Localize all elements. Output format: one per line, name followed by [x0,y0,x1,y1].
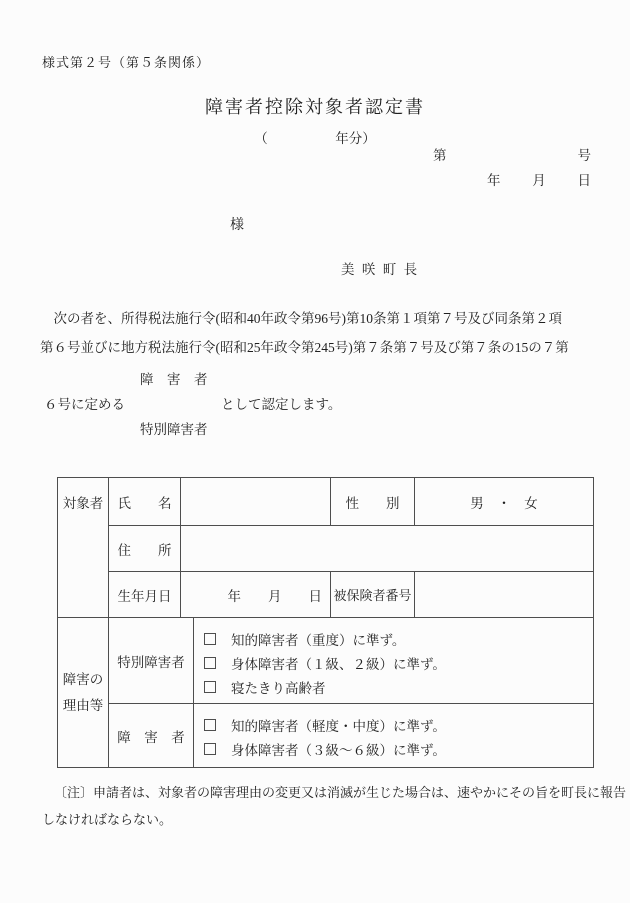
doc-number-suffix: 号 [578,144,592,164]
footnote-line1: 〔注〕申請者は、対象者の障害理由の変更又は消滅が生じた場合は、速やかにその旨を町… [42,779,602,806]
checkbox-icon[interactable] [204,657,216,669]
birth-value-cell[interactable]: 年 月 日 [181,572,331,618]
doc-number-prefix: 第 [433,144,447,164]
checklist-item: 寝たきり高齢者 [204,675,593,699]
disability-reason-table: 障害の 理由等 特別障害者 知的障害者（重度）に準ず。 身体障害者（１級、２級）… [57,617,594,768]
checklist-item-label: 知的障害者（重度）に準ず。 [231,629,405,649]
main-table: 対象者 氏 名 性 別 男 ・ 女 住 所 生年月日 年 月 日 被保険者番号 [57,477,593,768]
certify-option-special: 特別障害者 [140,418,208,438]
mayor-signature: 美 咲 町 長 [341,258,419,278]
reason-group-label: 障害の 理由等 [58,618,109,768]
reason-group-label-line2: 理由等 [58,693,108,719]
checklist-item: 身体障害者（３級～６級）に準ず。 [204,737,593,761]
table-row: 住 所 [58,526,594,572]
certify-option-disabled: 障 害 者 [140,368,208,388]
footnote-line2: しなければならない。 [42,806,602,833]
date-month-label: 月 [532,169,546,189]
certify-prefix: ６号に定める [44,393,125,413]
checkbox-icon[interactable] [204,743,216,755]
gender-label: 性 別 [331,478,415,526]
date-year-label: 年 [487,169,501,189]
addressee-honorific: 様 [230,214,244,234]
form-number: 様式第２号（第５条関係） [42,52,210,71]
checkbox-icon[interactable] [204,719,216,731]
address-label: 住 所 [109,526,181,572]
checklist-item-label: 身体障害者（３級～６級）に準ず。 [231,739,446,759]
target-person-table: 対象者 氏 名 性 別 男 ・ 女 住 所 生年月日 年 月 日 被保険者番号 [57,477,594,618]
checklist-item-label: 知的障害者（軽度・中度）に準ず。 [231,715,446,735]
checklist-item: 知的障害者（重度）に準ず。 [204,627,593,651]
ordinary-checklist: 知的障害者（軽度・中度）に準ず。 身体障害者（３級～６級）に準ず。 [194,704,594,768]
body-paragraph-line1: 次の者を、所得税法施行令(昭和40年政令第96号)第10条第１項第７号及び同条第… [40,304,600,333]
insured-number-value-cell[interactable] [415,572,594,618]
birth-label: 生年月日 [109,572,181,618]
name-value-cell[interactable] [181,478,331,526]
special-checklist: 知的障害者（重度）に準ず。 身体障害者（１級、２級）に準ず。 寝たきり高齢者 [194,618,594,704]
table-row: 障 害 者 知的障害者（軽度・中度）に準ず。 身体障害者（３級～６級）に準ず。 [58,704,594,768]
checklist-item: 身体障害者（１級、２級）に準ず。 [204,651,593,675]
checkbox-icon[interactable] [204,681,216,693]
target-group-label: 対象者 [58,478,109,618]
name-label: 氏 名 [109,478,181,526]
gender-value[interactable]: 男 ・ 女 [415,478,594,526]
doc-number-line: 第 号 [433,144,591,164]
reason-group-label-line1: 障害の [58,667,108,693]
ordinary-row-label: 障 害 者 [109,704,194,768]
footnote: 〔注〕申請者は、対象者の障害理由の変更又は消滅が生じた場合は、速やかにその旨を町… [42,779,602,833]
issue-date-line: 年 月 日 [487,169,591,189]
checklist-item: 知的障害者（軽度・中度）に準ず。 [204,713,593,737]
insured-number-label: 被保険者番号 [331,572,415,618]
page-title: 障害者控除対象者認定書 [0,93,630,119]
table-row: 障害の 理由等 特別障害者 知的障害者（重度）に準ず。 身体障害者（１級、２級）… [58,618,594,704]
body-paragraph-line2: 第６号並びに地方税法施行令(昭和25年政令第245号)第７条第７号及び第７条の1… [40,333,600,362]
checkbox-icon[interactable] [204,633,216,645]
table-row: 対象者 氏 名 性 別 男 ・ 女 [58,478,594,526]
date-day-label: 日 [578,169,592,189]
address-value-cell[interactable] [181,526,594,572]
special-row-label: 特別障害者 [109,618,194,704]
checklist-item-label: 寝たきり高齢者 [231,677,326,697]
certify-suffix: として認定します。 [221,393,341,413]
document-page: 様式第２号（第５条関係） 障害者控除対象者認定書 （ 年分） 第 号 年 月 日… [0,0,630,903]
table-row: 生年月日 年 月 日 被保険者番号 [58,572,594,618]
checklist-item-label: 身体障害者（１級、２級）に準ず。 [231,653,446,673]
